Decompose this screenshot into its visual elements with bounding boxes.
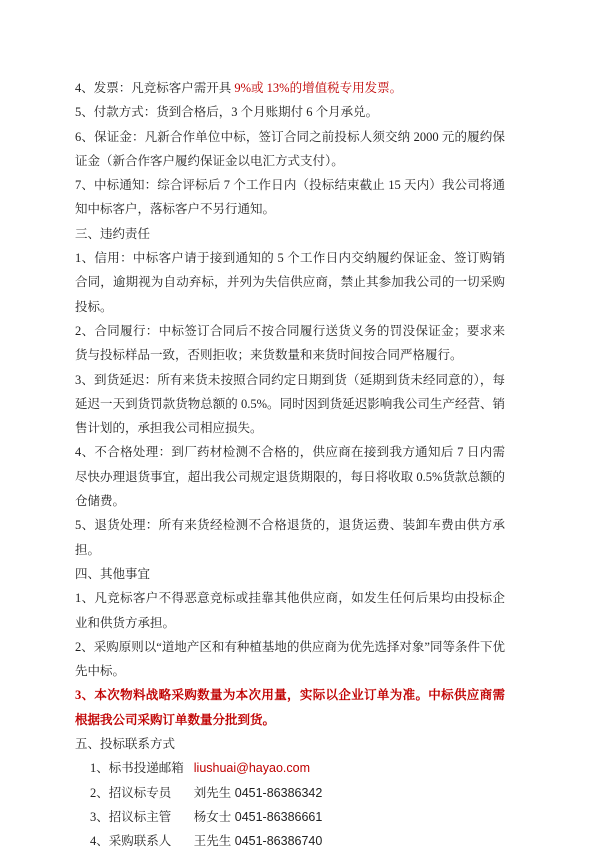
contact-label: 采购联系人 (109, 829, 194, 848)
section-heading-other-matters: 四、其他事宜 (75, 562, 505, 586)
contact-number: 3、 (90, 805, 109, 829)
invoice-text: 4、发票：凡竞标客户需开具 (75, 81, 234, 95)
list-item-quantity-notice-highlight: 3、本次物料战略采购数量为本次用量，实际以企业订单为准。中标供应商需根据我公司采… (75, 683, 505, 732)
invoice-highlight-text: 9%或 13%的增值税专用发票。 (234, 81, 402, 95)
list-item-unqualified-handling: 4、不合格处理：到厂药材检测不合格的，供应商在接到我方通知后 7 日内需尽快办理… (75, 440, 505, 513)
contact-number: 4、 (90, 829, 109, 848)
list-item-delivery-delay: 3、到货延迟：所有来货未按照合同约定日期到货（延期到货未经同意的），每延迟一天到… (75, 368, 505, 441)
contact-number: 2、 (90, 781, 109, 805)
contact-phone: 王先生 0451-86386740 (194, 829, 323, 848)
contact-row-email: 1、标书投递邮箱liushuai@hayao.com (90, 756, 505, 780)
contact-email-address: liushuai@hayao.com (194, 756, 310, 780)
list-item-procurement-principle: 2、采购原则以“道地产区和有种植基地的供应商为优先选择对象”同等条件下优先中标。 (75, 635, 505, 684)
list-item-return-handling: 5、退货处理：所有来货经检测不合格退货的，退货运费、装卸车费由供方承担。 (75, 513, 505, 562)
list-item-award-notice: 7、中标通知：综合评标后 7 个工作日内（投标结束截止 15 天内）我公司将通知… (75, 173, 505, 222)
contact-phone: 刘先生 0451-86386342 (194, 781, 323, 805)
list-item-no-malicious-bidding: 1、凡竞标客户不得恶意竞标或挂靠其他供应商，如发生任何后果均由投标企业和供货方承… (75, 586, 505, 635)
contact-row-bid-specialist: 2、招议标专员刘先生 0451-86386342 (90, 781, 505, 805)
list-item-credit: 1、信用：中标客户请于接到通知的 5 个工作日内交纳履约保证金、签订购销合同，逾… (75, 246, 505, 319)
contact-row-procurement-contact: 4、采购联系人王先生 0451-86386740 (90, 829, 505, 848)
contact-row-bid-supervisor: 3、招议标主管杨女士 0451-86386661 (90, 805, 505, 829)
contact-phone: 杨女士 0451-86386661 (194, 805, 323, 829)
list-item-payment-method: 5、付款方式：货到合格后，3 个月账期付 6 个月承兑。 (75, 100, 505, 124)
contact-label: 标书投递邮箱 (109, 756, 194, 780)
list-item-contract-performance: 2、合同履行：中标签订合同后不按合同履行送货义务的罚没保证金；要求来货与投标样品… (75, 319, 505, 368)
contact-number: 1、 (90, 756, 109, 780)
document-page: 4、发票：凡竞标客户需开具 9%或 13%的增值税专用发票。 5、付款方式：货到… (0, 0, 600, 848)
contact-label: 招议标主管 (109, 805, 194, 829)
list-item-deposit: 6、保证金：凡新合作单位中标，签订合同之前投标人须交纳 2000 元的履约保证金… (75, 125, 505, 174)
section-heading-contact-info: 五、投标联系方式 (75, 732, 505, 756)
list-item-invoice: 4、发票：凡竞标客户需开具 9%或 13%的增值税专用发票。 (75, 76, 505, 100)
contact-label: 招议标专员 (109, 781, 194, 805)
section-heading-breach-liability: 三、违约责任 (75, 222, 505, 246)
